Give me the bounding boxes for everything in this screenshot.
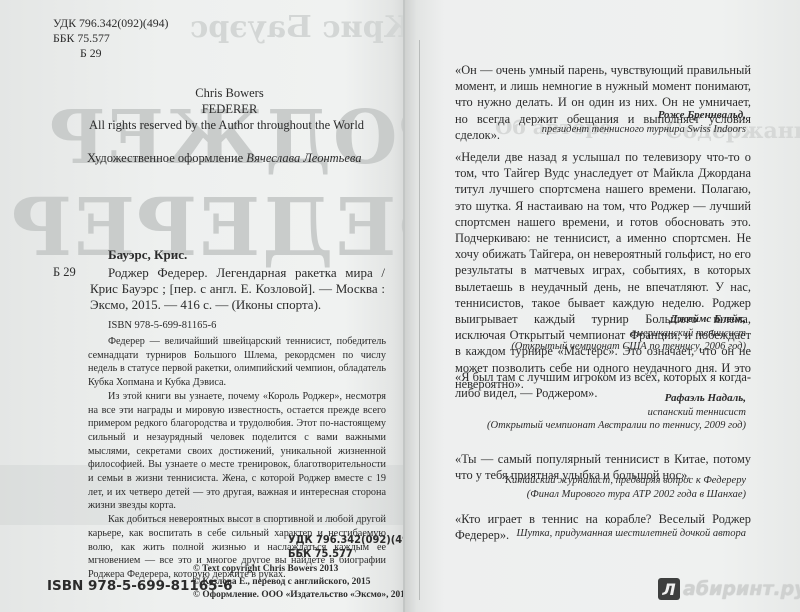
catalog-author-mark: Б 29	[53, 265, 76, 280]
quote-author: Роже Бреннвальд,	[542, 109, 746, 123]
quote-attribution: Рафаэль Надаль, испанский теннисист (Отк…	[487, 392, 746, 433]
copyright-line: © Козлова Е., перевод с английского, 201…	[193, 576, 405, 589]
page-edge-line	[419, 40, 420, 600]
quote-role: президент теннисного турнира Swiss Indoo…	[542, 123, 746, 137]
bleed-through-author: Крис Бауэрс	[190, 10, 405, 45]
udk-code-bottom: УДК 796.342(092)(494)	[288, 533, 405, 547]
bbk-code-bottom: ББК 75.577	[288, 547, 405, 561]
quote-role: испанский теннисист	[487, 406, 746, 420]
abstract-paragraph: Федерер — величайший швейцарский тенниси…	[88, 335, 386, 390]
quote-context: (Открытый чемпионат Австралии по теннису…	[487, 419, 746, 433]
bleed-through-title-line2: ФЕДЕРЕР	[10, 180, 405, 274]
quote-role: американский теннисист	[511, 327, 746, 341]
quote-context: (Открытый чемпионат США по теннису, 2006…	[511, 340, 746, 354]
catalog-description: Роджер Федерер. Легендарная ракетка мира…	[90, 265, 385, 313]
copyright-line: © Text copyright Chris Bowers 2013	[193, 563, 405, 576]
quote-text: «Недели две назад я услышал по телевизор…	[455, 149, 751, 392]
quote-attribution: Китайский журналист, предваряя вопрос к …	[505, 474, 746, 501]
original-title: FEDERER	[92, 101, 367, 117]
right-page: Об авторе Содержание «Он — очень умный п…	[405, 0, 800, 612]
quote-attribution: Шутка, придуманная шестилетней дочкой ав…	[517, 527, 747, 541]
classification-top: УДК 796.342(092)(494) ББК 75.577 Б 29	[53, 16, 168, 61]
quote-author: Джеймс Блейк,	[511, 313, 746, 327]
author-mark: Б 29	[53, 46, 168, 61]
watermark-text: абиринт.ру	[683, 578, 800, 600]
labirint-watermark: Л абиринт.ру	[658, 577, 800, 601]
design-label: Художественное оформление	[87, 151, 243, 165]
quote-role: Шутка, придуманная шестилетней дочкой ав…	[517, 527, 747, 541]
rights-notice: All rights reserved by the Author throug…	[86, 117, 367, 133]
original-author: Chris Bowers	[92, 85, 367, 101]
abstract-paragraph: Из этой книги вы узнаете, почему «Король…	[88, 390, 386, 513]
copyright-notices: © Text copyright Chris Bowers 2013 © Коз…	[193, 563, 405, 603]
bbk-code: ББК 75.577	[53, 31, 168, 46]
left-page: Крис Бауэрс РОДЖЕР ФЕДЕРЕР УДК 796.342(0…	[0, 0, 405, 612]
classification-bottom: УДК 796.342(092)(494) ББК 75.577	[288, 533, 405, 561]
quote-attribution: Роже Бреннвальд, президент теннисного ту…	[542, 109, 746, 136]
designer-name: Вячеслава Леонтьева	[246, 151, 361, 165]
design-credit: Художественное оформление Вячеслава Леон…	[87, 151, 362, 166]
catalog-heading: Бауэрс, Крис.	[108, 247, 187, 263]
quote-attribution: Джеймс Блейк, американский теннисист (От…	[511, 313, 746, 354]
original-credits: Chris Bowers FEDERER All rights reserved…	[92, 85, 367, 133]
catalog-isbn: ISBN 978-5-699-81165-6	[108, 320, 216, 331]
copyright-line: © Оформление. ООО «Издательство «Эксмо»,…	[193, 589, 405, 602]
labirint-logo-icon: Л	[658, 578, 680, 600]
quote-role: Китайский журналист, предваряя вопрос к …	[505, 474, 746, 488]
quote-author: Рафаэль Надаль,	[487, 392, 746, 406]
udk-code: УДК 796.342(092)(494)	[53, 16, 168, 31]
quote-context: (Финал Мирового тура ATP 2002 года в Шан…	[505, 488, 746, 502]
